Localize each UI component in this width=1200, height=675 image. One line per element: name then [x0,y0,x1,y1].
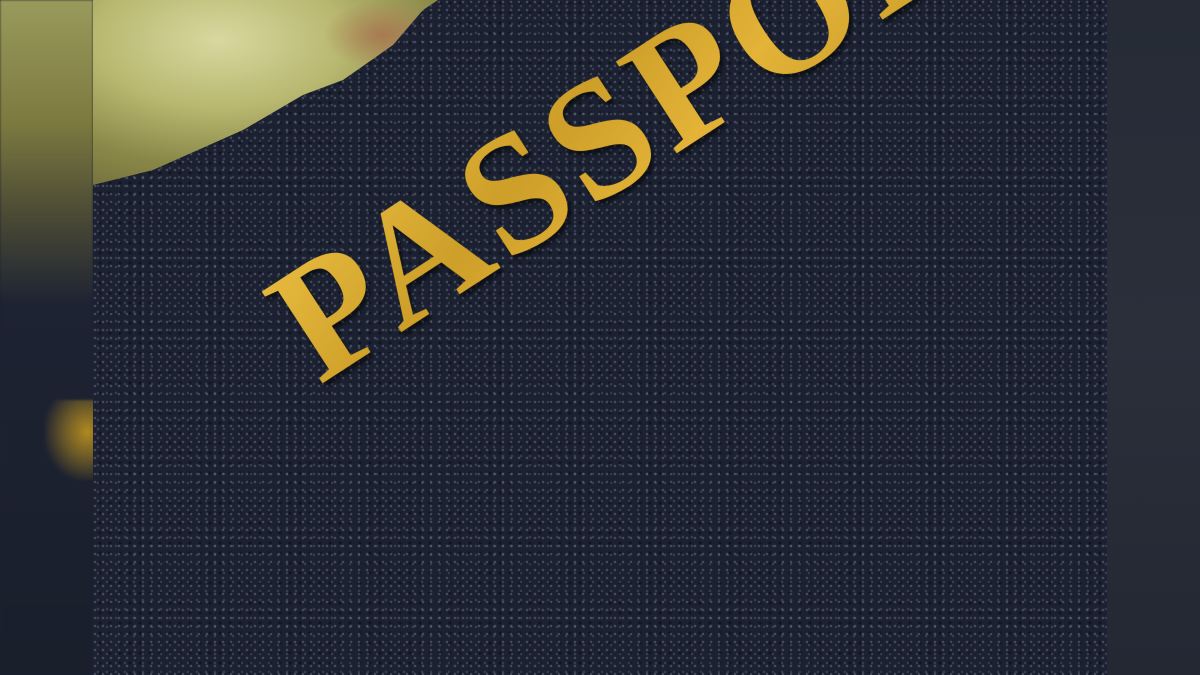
right-blurred-panel [1107,0,1200,675]
left-blurred-panel [0,0,93,675]
photo: PASSPORT PASSPORT [93,0,1107,675]
